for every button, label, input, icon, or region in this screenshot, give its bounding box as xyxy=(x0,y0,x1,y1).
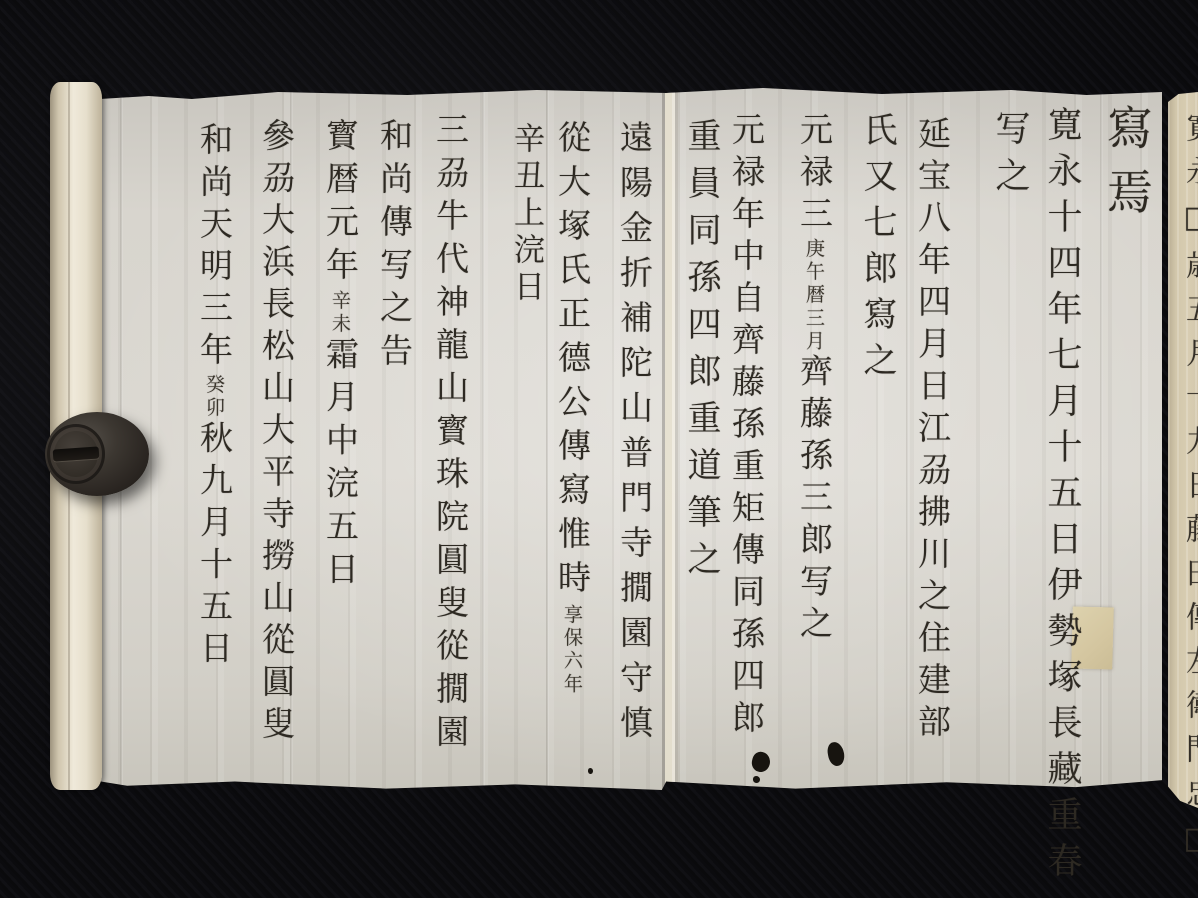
column-6-main: 元禄三 xyxy=(795,112,834,238)
text-column-8: 重員同孫四郎重道筆之 xyxy=(684,118,718,588)
paper-crease xyxy=(546,86,549,790)
column-14-rest: 霜月中浣五日 xyxy=(321,336,360,594)
text-column-3: 写之 xyxy=(992,110,1027,204)
edge-partial-column: 寛永□歳五月十九日藤田傳左衛門忠□ xyxy=(1182,112,1198,870)
column-14-small-note: 辛未 xyxy=(329,290,352,336)
text-column-7: 元禄年中自齊藤孫重矩傳同孫四郎 xyxy=(730,112,763,742)
column-16-rest: 秋九月十五日 xyxy=(195,420,234,672)
roller-knob-face xyxy=(47,424,105,484)
text-column-15: 參刕大浜長松山大平寺撈山從圓叟 xyxy=(260,118,293,748)
ink-blot xyxy=(753,776,760,783)
scroll-photograph: 寫焉 寛永十四年七月十五日伊勢塚長藏重春 写之 延宝八年四月日江刕拂川之住建部 … xyxy=(0,0,1198,898)
text-column-4: 延宝八年四月日江刕拂川之住建部 xyxy=(916,116,949,746)
text-column-1: 寫焉 xyxy=(1104,104,1150,232)
text-column-11: 辛丑上浣日 xyxy=(510,122,541,307)
column-10-main: 從大塚氏正德公傳寫惟時 xyxy=(553,120,592,604)
text-column-13: 和尚傳写之告 xyxy=(378,118,411,376)
roller-knob-slot xyxy=(53,446,100,461)
paper-crease xyxy=(906,86,909,790)
ink-blot xyxy=(588,768,593,774)
column-14-main: 寳暦元年 xyxy=(321,118,360,290)
column-10-small-note: 享保六年 xyxy=(561,604,584,697)
paper-crease xyxy=(482,86,485,790)
text-column-6: 元禄三庚午暦三月齊藤孫三郎写之 xyxy=(798,112,831,648)
column-16-main: 和尚天明三年 xyxy=(195,122,234,374)
text-column-14: 寳暦元年辛未霜月中浣五日 xyxy=(324,118,357,594)
text-column-2: 寛永十四年七月十五日伊勢塚長藏重春 xyxy=(1044,106,1079,888)
text-column-16: 和尚天明三年癸卯秋九月十五日 xyxy=(198,122,231,672)
text-column-5: 氏又七郎寫之 xyxy=(860,112,894,388)
column-6-rest: 齊藤孫三郎写之 xyxy=(795,354,834,648)
column-6-small-note: 庚午暦三月 xyxy=(803,238,826,354)
text-column-12: 三刕牛代神龍山寳珠院圓叟從撊園 xyxy=(434,112,467,757)
text-column-9: 遠陽金折補陀山普門寺撊園守慎 xyxy=(618,120,651,750)
roller-knob xyxy=(45,412,149,496)
text-column-10: 從大塚氏正德公傳寫惟時享保六年 xyxy=(556,120,589,697)
column-16-small-note: 癸卯 xyxy=(203,374,226,420)
sheet-join-seam xyxy=(662,86,678,790)
